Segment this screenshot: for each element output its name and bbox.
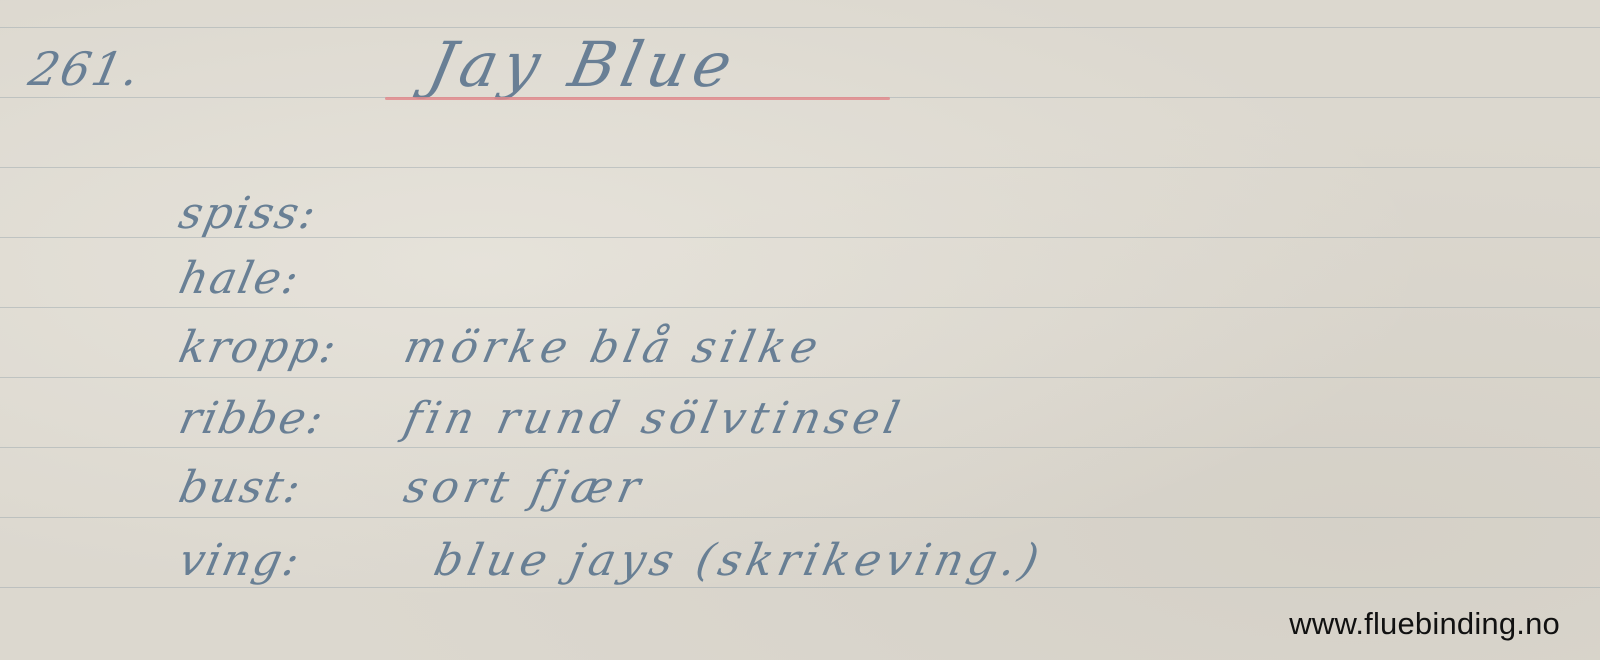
row-label-hale: hale:: [175, 253, 305, 304]
title-underline: [385, 97, 890, 100]
recipe-title: Jay Blue: [422, 28, 744, 101]
ruled-line: [0, 167, 1600, 168]
ruled-line: [0, 377, 1600, 378]
ruled-line: [0, 27, 1600, 28]
row-label-bust: bust:: [175, 462, 307, 513]
ruled-line: [0, 587, 1600, 588]
row-value-bust: sort fjær: [400, 462, 650, 513]
row-value-kropp: mörke blå silke: [400, 322, 828, 373]
ruled-line: [0, 307, 1600, 308]
notebook-page: 261. Jay Blue spiss: hale: kropp: mörke …: [0, 0, 1600, 660]
ruled-line: [0, 447, 1600, 448]
ruled-line: [0, 517, 1600, 518]
entry-number: 261.: [24, 42, 146, 96]
row-label-ving: ving:: [175, 535, 306, 586]
website-watermark: www.fluebinding.no: [1289, 606, 1560, 642]
row-label-ribbe: ribbe:: [175, 393, 330, 444]
row-value-ving: blue jays (skrikeving.): [430, 535, 1049, 586]
row-label-spiss: spiss:: [175, 188, 323, 239]
row-value-ribbe: fin rund sölvtinsel: [400, 393, 909, 444]
row-label-kropp: kropp:: [175, 322, 343, 373]
